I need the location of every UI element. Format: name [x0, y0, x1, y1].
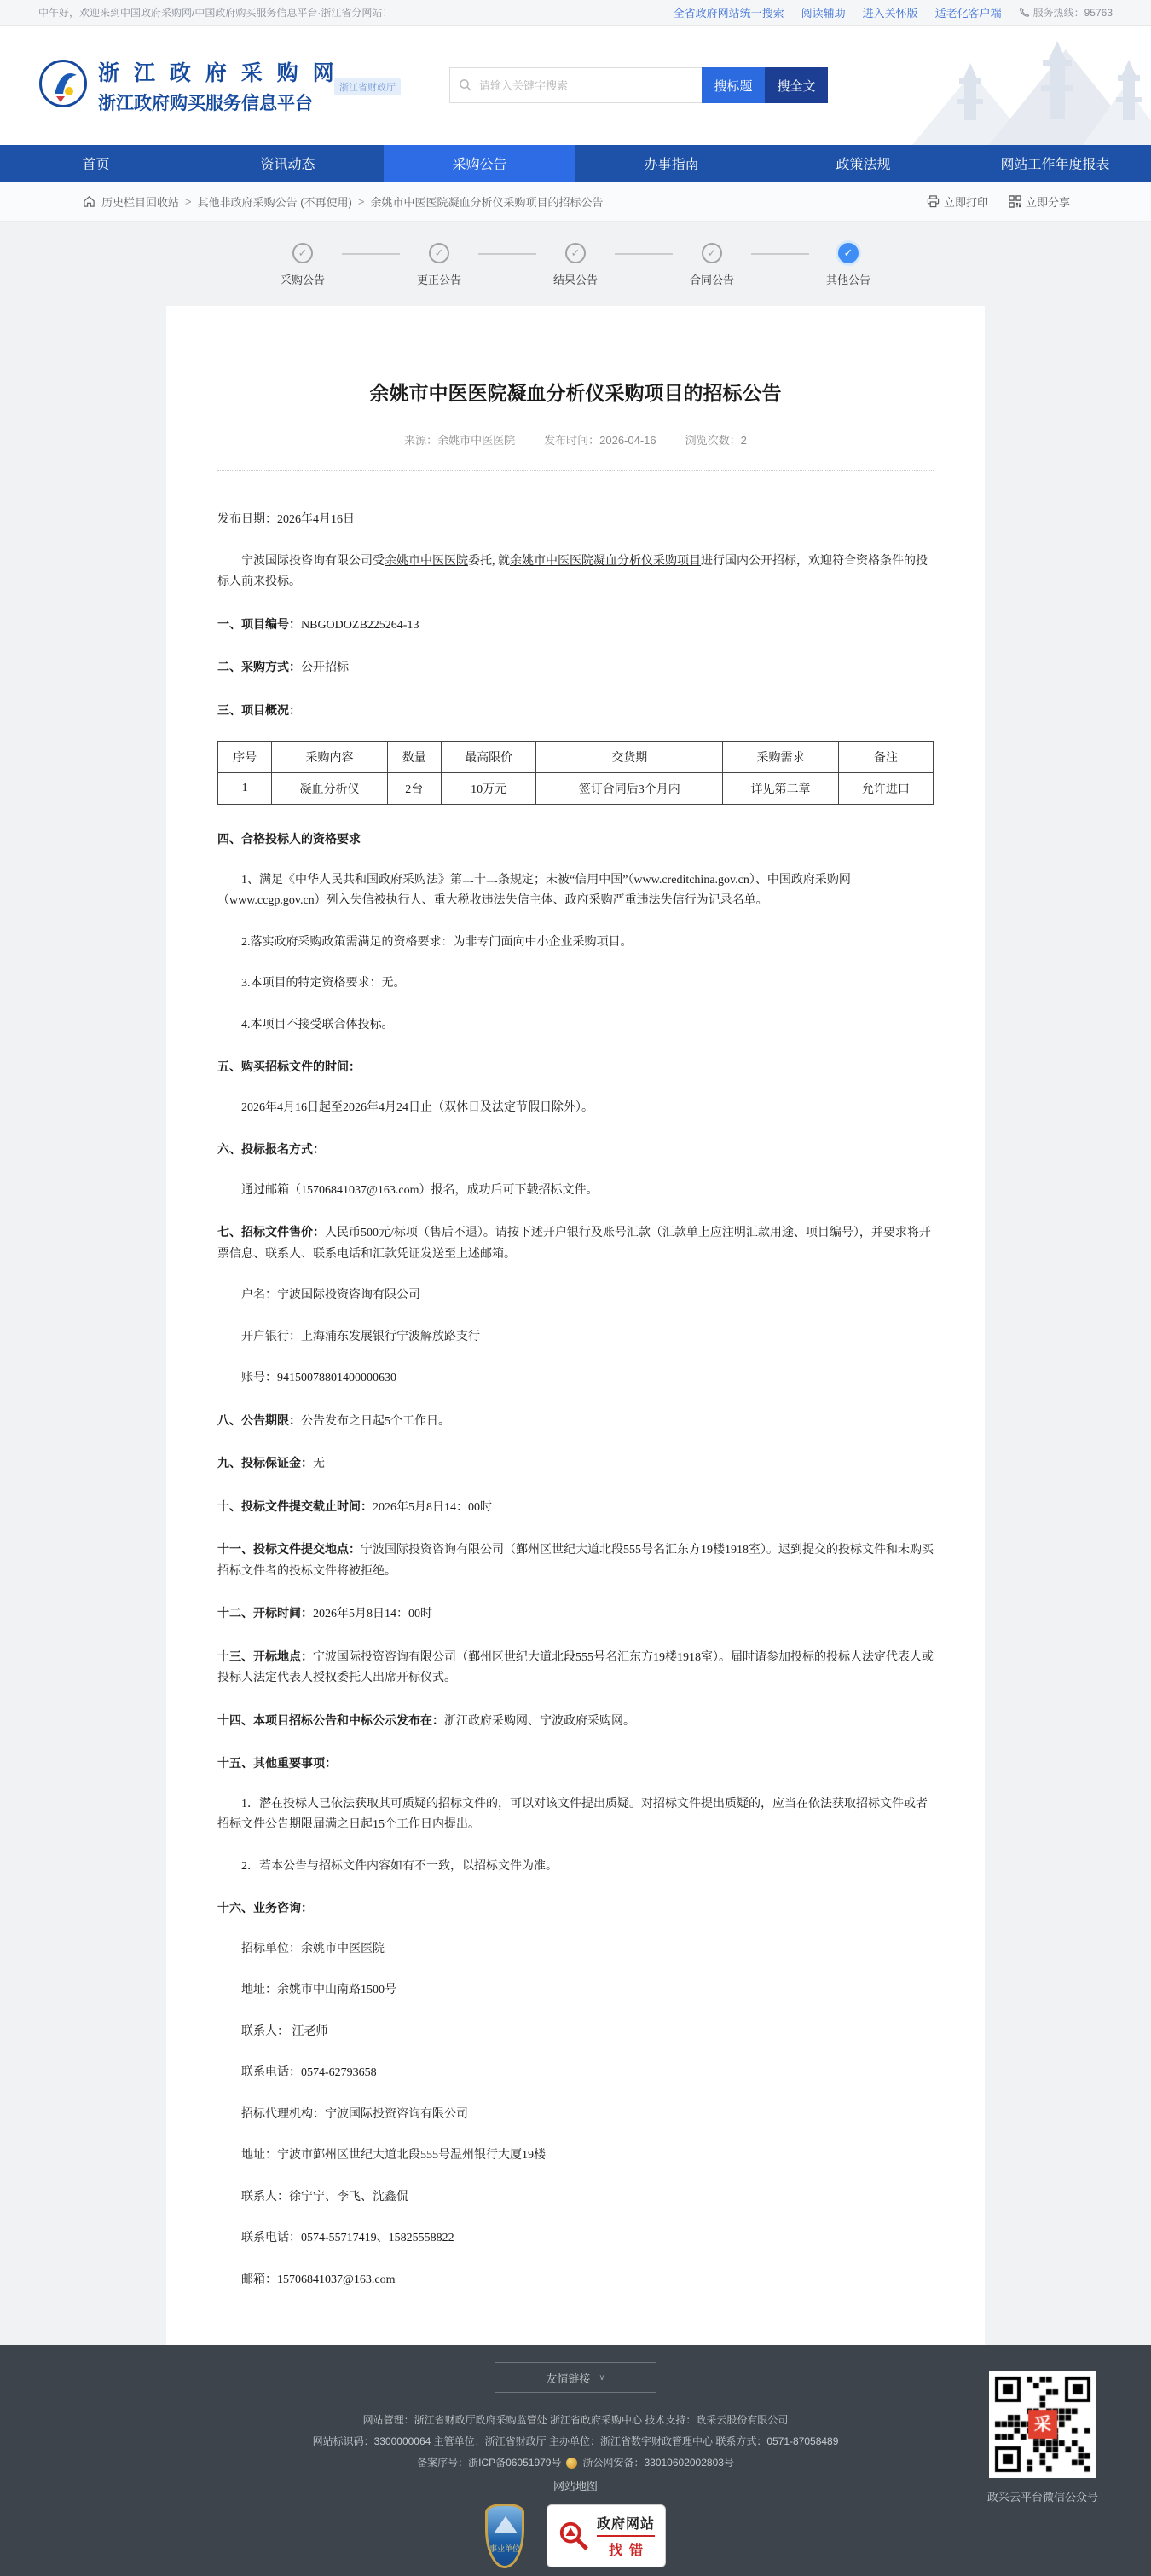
article-view-count: 浏览次数：2 [685, 431, 747, 448]
table-header-cell: 最高限价 [441, 742, 535, 773]
content-label: 十三、开标地点： [217, 1649, 313, 1663]
underlined-text: 余姚市中医医院 [385, 555, 468, 568]
step-connector [342, 253, 400, 255]
step-item-3[interactable]: ✓结果公告 [536, 243, 615, 287]
breadcrumb-item-2[interactable]: 其他非政府采购公告 (不再使用) [198, 193, 352, 210]
site-logo[interactable] [38, 59, 88, 113]
search-icon [459, 78, 472, 92]
topbar-link-2[interactable]: 阅读辅助 [801, 4, 846, 20]
content-block-3: 一、项目编号：NBGODOZB225264-13 [217, 614, 934, 637]
content-block-19: 账号：94150078801400000630 [217, 1368, 934, 1389]
content-block-22: 十、投标文件提交截止时间：2026年5月8日14：00时 [217, 1496, 934, 1519]
topbar-link-1[interactable]: 全省政府网站统一搜索 [674, 4, 784, 20]
article-publish-time: 发布时间：2026-04-16 [544, 431, 656, 448]
footer-line-management: 网站管理：浙江省财政厅政府采购监管处 浙江省政府采购中心 技术支持：政采云股份有… [0, 2410, 1151, 2431]
content-block-13: 2026年4月16日起至2026年4月24日止（双休日及法定节假日除外）。 [217, 1098, 934, 1119]
step-item-1[interactable]: ✓采购公告 [263, 243, 342, 287]
breadcrumb-item-3: 余姚市中医医院凝血分析仪采购项目的招标公告 [370, 193, 603, 210]
content-block-12: 五、购买招标文件的时间： [217, 1056, 934, 1077]
gov-site-error-report-badge[interactable]: 政府网站 找错 [547, 2504, 666, 2567]
breadcrumb-item-1[interactable]: 历史栏目回收站 [101, 193, 179, 210]
nav-item-6[interactable]: 网站工作年度报表 [959, 145, 1151, 182]
chevron-down-icon: ∨ [599, 2373, 604, 2383]
breadcrumb-actions: 立即打印 立即分享 [927, 193, 1070, 210]
content-label: 八、公告期限： [217, 1413, 301, 1427]
shield-mountain-art [494, 2516, 518, 2533]
content-block-15: 通过邮箱（15706841037@163.com）报名，成功后可下载招标文件。 [217, 1181, 934, 1202]
article-card: 余姚市中医医院凝血分析仪采购项目的招标公告 来源：余姚市中医医院 发布时间：20… [166, 306, 985, 2345]
check-icon: ✓ [429, 243, 449, 263]
content-label: 九、投标保证金： [217, 1456, 313, 1470]
content-block-4: 二、采购方式：公开招标 [217, 656, 934, 679]
check-icon: ✓ [292, 243, 313, 263]
finance-dept-badge: 浙江省财政厅 [334, 78, 401, 95]
nav-item-3[interactable]: 采购公告 [384, 145, 575, 182]
content-block-14: 六、投标报名方式： [217, 1139, 934, 1160]
step-item-4[interactable]: ✓合同公告 [673, 243, 751, 287]
step-connector [478, 253, 536, 255]
table-header-cell: 数量 [387, 742, 441, 773]
table-header-cell: 备注 [838, 742, 933, 773]
content-block-31: 招标单位：余姚市中医医院 [217, 1939, 934, 1961]
content-label: 十四、本项目招标公告和中标公示发布在： [217, 1713, 444, 1727]
content-value: 2026年5月8日14：00时 [313, 1608, 432, 1620]
content-label: 十、投标文件提交截止时间： [217, 1499, 373, 1513]
table-row: 1凝血分析仪2台10万元签订合同后3个月内详见第二章允许进口 [218, 773, 934, 805]
step-item-2[interactable]: ✓更正公告 [400, 243, 478, 287]
police-badge-icon [566, 2458, 577, 2469]
print-button[interactable]: 立即打印 [927, 193, 988, 210]
content-block-36: 地址：宁波市鄞州区世纪大道北段555号温州银行大厦19楼 [217, 2146, 934, 2167]
search-bar: 搜标题 搜全文 [449, 67, 828, 103]
content-block-34: 联系电话：0574-62793658 [217, 2063, 934, 2084]
table-header-cell: 采购需求 [723, 742, 838, 773]
content-block-17: 户名：宁波国际投资咨询有限公司 [217, 1285, 934, 1307]
text-run: 宁波国际投咨询有限公司受 [241, 555, 385, 568]
footer-badges: 事业单位 政府网站 找错 [0, 2504, 1151, 2568]
content-block-10: 3.本项目的特定资格要求：无。 [217, 973, 934, 995]
announcement-content: 发布日期：2026年4月16日宁波国际投咨询有限公司受余姚市中医医院委托, 就余… [217, 510, 934, 2290]
content-block-28: 1．潜在投标人已依法获取其可质疑的招标文件的，可以对该文件提出质疑。对招标文件提… [217, 1794, 934, 1836]
site-title-block: 浙 江 政 府 采 购 网 浙江政府购买服务信息平台 [98, 56, 338, 115]
breadcrumb-bar: 历史栏目回收站>其他非政府采购公告 (不再使用)>余姚市中医医院凝血分析仪采购项… [0, 182, 1151, 222]
table-header-cell: 交货期 [536, 742, 723, 773]
step-label: 结果公告 [553, 271, 598, 287]
step-item-5[interactable]: ✓其他公告 [809, 243, 888, 287]
content-block-16: 七、招标文件售价：人民币500元/标项（售后不退）。请按下述开户银行及账号汇款（… [217, 1222, 934, 1265]
red-magnifier-icon [558, 2520, 590, 2552]
content-value: NBGODOZB225264-13 [301, 619, 419, 632]
table-cell: 凝血分析仪 [272, 773, 387, 805]
table-cell: 10万元 [441, 773, 535, 805]
content-block-25: 十三、开标地点：宁波国际投资咨询有限公司（鄞州区世纪大道北段555号名汇东方19… [217, 1646, 934, 1689]
content-value: 公告发布之日起5个工作日。 [301, 1415, 450, 1428]
table-header-cell: 采购内容 [272, 742, 387, 773]
step-connector [615, 253, 673, 255]
footer-info: 网站管理：浙江省财政厅政府采购监管处 浙江省政府采购中心 技术支持：政采云股份有… [0, 2410, 1151, 2474]
search-input[interactable] [449, 67, 702, 103]
site-header: 浙 江 政 府 采 购 网 浙江政府购买服务信息平台 浙江省财政厅 搜标题 搜全… [0, 26, 1151, 145]
text-run: 委托, 就 [468, 555, 510, 568]
qr-caption: 政采云平台微信公众号 [965, 2488, 1120, 2504]
share-button[interactable]: 立即分享 [1009, 193, 1070, 210]
table-header-cell: 序号 [218, 742, 272, 773]
content-block-24: 十二、开标时间：2026年5月8日14：00时 [217, 1603, 934, 1626]
content-block-20: 八、公告期限：公告发布之日起5个工作日。 [217, 1410, 934, 1433]
step-label: 采购公告 [281, 271, 325, 287]
content-value: 公开招标 [301, 661, 349, 674]
nav-item-1[interactable]: 首页 [0, 145, 192, 182]
breadcrumb-separator: > [185, 195, 192, 208]
content-block-7: 四、合格投标人的资格要求 [217, 829, 934, 850]
breadcrumb-separator: > [358, 195, 365, 208]
content-block-26: 十四、本项目招标公告和中标公示发布在：浙江政府采购网、宁波政府采购网。 [217, 1710, 934, 1733]
search-fulltext-button[interactable]: 搜全文 [765, 67, 828, 103]
home-icon[interactable] [83, 195, 95, 208]
content-block-2: 宁波国际投咨询有限公司受余姚市中医医院委托, 就余姚市中医医院凝血分析仪采购项目… [217, 552, 934, 593]
friendly-links-dropdown[interactable]: 友情链接 ∨ [495, 2362, 656, 2393]
content-block-37: 联系人：徐宁宁、李飞、沈鑫侃 [217, 2187, 934, 2209]
phone-icon [1019, 7, 1030, 18]
content-label: 一、项目编号： [217, 617, 301, 631]
welcome-text: 中午好，欢迎来到中国政府采购网/中国政府购买服务信息平台·浙江省分网站！ [38, 5, 392, 20]
police-number: 浙公网安备：33010602002803号 [582, 2452, 733, 2474]
step-label: 其他公告 [826, 271, 870, 287]
announcement-steps: ✓采购公告✓更正公告✓结果公告✓合同公告✓其他公告 [263, 243, 888, 287]
content-value: 无 [313, 1458, 325, 1470]
table-cell: 允许进口 [838, 773, 933, 805]
content-block-8: 1、满足《中华人民共和国政府采购法》第二十二条规定；未被“信用中国”（www.c… [217, 870, 934, 912]
content-label: 十二、开标时间： [217, 1606, 313, 1620]
content-label: 七、招标文件售价： [217, 1225, 325, 1239]
announcement-steps-section: ✓采购公告✓更正公告✓结果公告✓合同公告✓其他公告 [0, 222, 1151, 299]
step-label: 合同公告 [690, 271, 734, 287]
icp-number: 备案序号：浙ICP备06051979号 [417, 2452, 561, 2474]
article-meta: 来源：余姚市中医医院 发布时间：2026-04-16 浏览次数：2 [217, 431, 934, 448]
check-icon: ✓ [702, 243, 722, 263]
divider [217, 470, 934, 471]
content-block-29: 2．若本公告与招标文件内容如有不一致，以招标文件为准。 [217, 1857, 934, 1878]
table-cell: 1 [218, 773, 272, 805]
content-block-23: 十一、投标文件提交地点：宁波国际投资咨询有限公司（鄞州区世纪大道北段555号名汇… [217, 1539, 934, 1582]
public-institution-badge[interactable]: 事业单位 [485, 2504, 524, 2568]
content-block-38: 联系电话：0574-55717419、15825558822 [217, 2228, 934, 2250]
content-block-5: 三、项目概况： [217, 700, 934, 721]
footer-line-org: 网站标识码：3300000064 主管单位：浙江省财政厅 主办单位：浙江省数字财… [0, 2431, 1151, 2452]
footer-line-icp: 备案序号：浙ICP备06051979号 浙公网安备：33010602002803… [0, 2452, 1151, 2474]
content-value: 宁波国际投资咨询有限公司（鄞州区世纪大道北段555号名汇东方19楼1918室）。… [217, 1651, 934, 1685]
content-block-33: 联系人： 汪老师 [217, 2022, 934, 2043]
article-source: 来源：余姚市中医医院 [404, 431, 515, 448]
site-footer: 友情链接 ∨ 网站管理：浙江省财政厅政府采购监管处 浙江省政府采购中心 技术支持… [0, 2345, 1151, 2576]
content-block-27: 十五、其他重要事项： [217, 1753, 934, 1774]
table-cell: 2台 [387, 773, 441, 805]
logo-icon [38, 59, 88, 108]
content-block-35: 招标代理机构：宁波国际投资咨询有限公司 [217, 2105, 934, 2126]
content-block-18: 开户银行：上海浦东发展银行宁波解放路支行 [217, 1327, 934, 1349]
content-value: 2026年5月8日14：00时 [373, 1501, 492, 1514]
nav-item-5[interactable]: 政策法规 [767, 145, 959, 182]
qr-share-icon [1009, 195, 1021, 208]
header-decoration [912, 26, 1151, 145]
content-block-32: 地址：余姚市中山南路1500号 [217, 1980, 934, 2001]
content-block-1: 发布日期：2026年4月16日 [217, 510, 934, 531]
topbar-links: 全省政府网站统一搜索阅读辅助进入关怀版适老化客户端 服务热线：95763 [674, 4, 1113, 20]
site-name: 浙 江 政 府 采 购 网 [98, 56, 338, 87]
nav-item-4[interactable]: 办事指南 [575, 145, 767, 182]
content-block-21: 九、投标保证金：无 [217, 1453, 934, 1476]
main-nav: 首页资讯动态采购公告办事指南政策法规网站工作年度报表 [0, 145, 1151, 182]
table-cell: 详见第二章 [723, 773, 838, 805]
check-icon: ✓ [565, 243, 586, 263]
table-cell: 签订合同后3个月内 [536, 773, 723, 805]
content-value: 人民币500元/标项（售后不退）。请按下述开户银行及账号汇款（汇款单上应注明汇款… [217, 1227, 931, 1261]
step-connector [751, 253, 809, 255]
content-block-39: 邮箱：15706841037@163.com [217, 2270, 934, 2291]
announcement-table: 序号采购内容数量最高限价交货期采购需求备注1凝血分析仪2台10万元签订合同后3个… [217, 741, 934, 805]
content-label: 二、采购方式： [217, 660, 301, 673]
page-title: 余姚市中医医院凝血分析仪采购项目的招标公告 [217, 306, 934, 406]
topbar-link-4[interactable]: 适老化客户端 [935, 4, 1002, 20]
site-subtitle: 浙江政府购买服务信息平台 [98, 90, 338, 115]
search-title-button[interactable]: 搜标题 [702, 67, 765, 103]
content-block-11: 4.本项目不接受联合体投标。 [217, 1015, 934, 1037]
topbar-link-3[interactable]: 进入关怀版 [863, 4, 918, 20]
breadcrumb: 历史栏目回收站>其他非政府采购公告 (不再使用)>余姚市中医医院凝血分析仪采购项… [83, 193, 604, 210]
content-block-30: 十六、业务咨询： [217, 1897, 934, 1919]
wechat-qr-code [989, 2371, 1096, 2478]
top-bar: 中午好，欢迎来到中国政府采购网/中国政府购买服务信息平台·浙江省分网站！ 全省政… [0, 0, 1151, 26]
content-value: 浙江政府采购网、宁波政府采购网。 [444, 1715, 635, 1728]
service-hotline: 服务热线：95763 [1019, 5, 1113, 20]
check-icon: ✓ [838, 243, 859, 263]
underlined-text: 余姚市中医医院凝血分析仪采购项目 [510, 555, 701, 568]
step-label: 更正公告 [417, 271, 461, 287]
printer-icon [927, 195, 940, 208]
content-block-9: 2.落实政府采购政策需满足的资格要求：为非专门面向中小企业采购项目。 [217, 933, 934, 954]
qr-code [992, 2373, 1094, 2475]
nav-item-2[interactable]: 资讯动态 [192, 145, 384, 182]
content-label: 十一、投标文件提交地点： [217, 1542, 361, 1556]
